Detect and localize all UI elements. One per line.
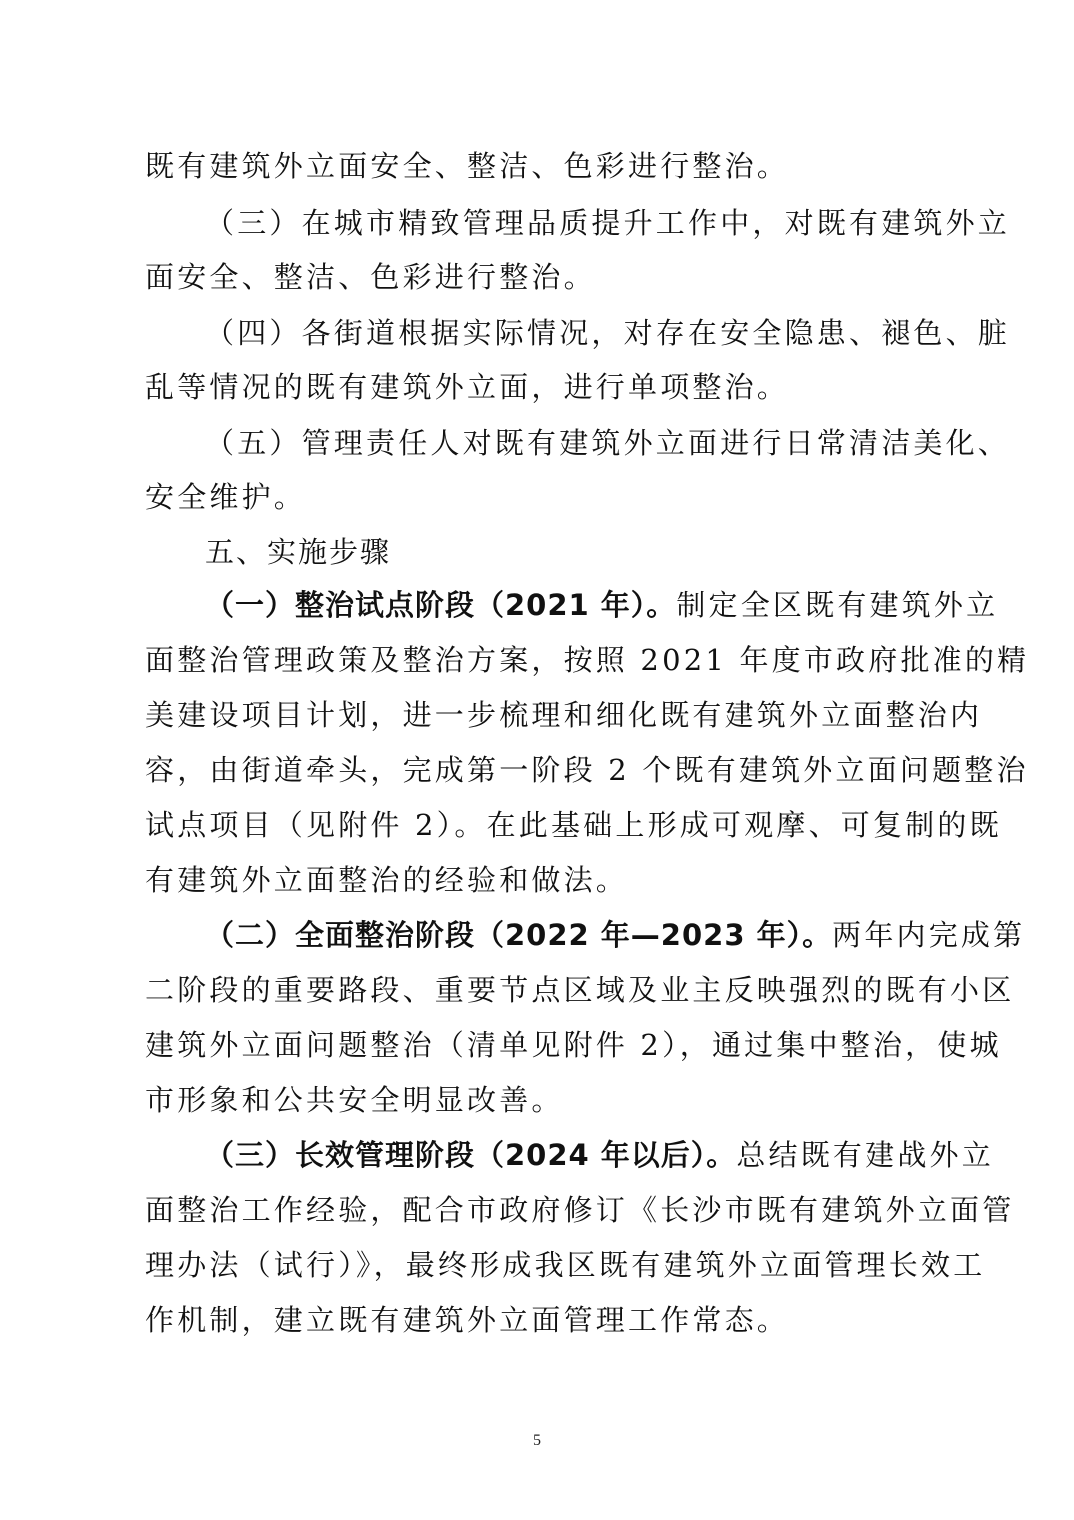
paragraph-line: 面安全、整洁、色彩进行整治。 — [145, 257, 920, 297]
paragraph-line: 理办法（试行）》，最终形成我区既有建筑外立面管理长效工 — [145, 1245, 920, 1285]
stage-title: （二）全面整治阶段（2022 年—2023 年）。 — [205, 918, 832, 952]
stage-title: （一）整治试点阶段（2021 年）。 — [205, 588, 676, 622]
paragraph-text: 制定全区既有建筑外立 — [676, 588, 998, 622]
paragraph-line: 作机制，建立既有建筑外立面管理工作常态。 — [145, 1300, 920, 1340]
document-page: 既有建筑外立面安全、整洁、色彩进行整治。 （三）在城市精致管理品质提升工作中，对… — [0, 0, 1074, 1520]
stage-title: （三）长效管理阶段（2024 年以后）。 — [205, 1138, 736, 1172]
paragraph-line: （五）管理责任人对既有建筑外立面进行日常清洁美化、 — [205, 423, 920, 463]
paragraph-line: 试点项目（见附件 2）。在此基础上形成可观摩、可复制的既 — [145, 805, 920, 845]
paragraph-line: 建筑外立面问题整治（清单见附件 2），通过集中整治，使城 — [145, 1025, 920, 1065]
paragraph-line: 既有建筑外立面安全、整洁、色彩进行整治。 — [145, 146, 920, 186]
paragraph-line: 市形象和公共安全明显改善。 — [145, 1080, 920, 1120]
paragraph-line: （二）全面整治阶段（2022 年—2023 年）。两年内完成第 — [205, 915, 920, 955]
paragraph-line: 安全维护。 — [145, 477, 920, 517]
section-heading: 五、实施步骤 — [205, 532, 920, 572]
page-number: 5 — [0, 1432, 1074, 1450]
paragraph-line: 有建筑外立面整治的经验和做法。 — [145, 860, 920, 900]
paragraph-line: 美建设项目计划，进一步梳理和细化既有建筑外立面整治内 — [145, 695, 920, 735]
paragraph-text: 两年内完成第 — [832, 918, 1025, 952]
paragraph-line: 二阶段的重要路段、重要节点区域及业主反映强烈的既有小区 — [145, 970, 920, 1010]
paragraph-line: 面整治管理政策及整治方案，按照 2021 年度市政府批准的精 — [145, 640, 920, 680]
paragraph-line: （一）整治试点阶段（2021 年）。制定全区既有建筑外立 — [205, 585, 920, 625]
paragraph-line: 乱等情况的既有建筑外立面，进行单项整治。 — [145, 367, 920, 407]
paragraph-text: 总结既有建战外立 — [736, 1138, 994, 1172]
paragraph-line: （三）长效管理阶段（2024 年以后）。总结既有建战外立 — [205, 1135, 920, 1175]
paragraph-line: 面整治工作经验，配合市政府修订《长沙市既有建筑外立面管 — [145, 1190, 920, 1230]
paragraph-line: （三）在城市精致管理品质提升工作中，对既有建筑外立 — [205, 203, 920, 243]
paragraph-line: （四）各街道根据实际情况，对存在安全隐患、褪色、脏 — [205, 313, 920, 353]
paragraph-line: 容，由街道牵头，完成第一阶段 2 个既有建筑外立面问题整治 — [145, 750, 920, 790]
